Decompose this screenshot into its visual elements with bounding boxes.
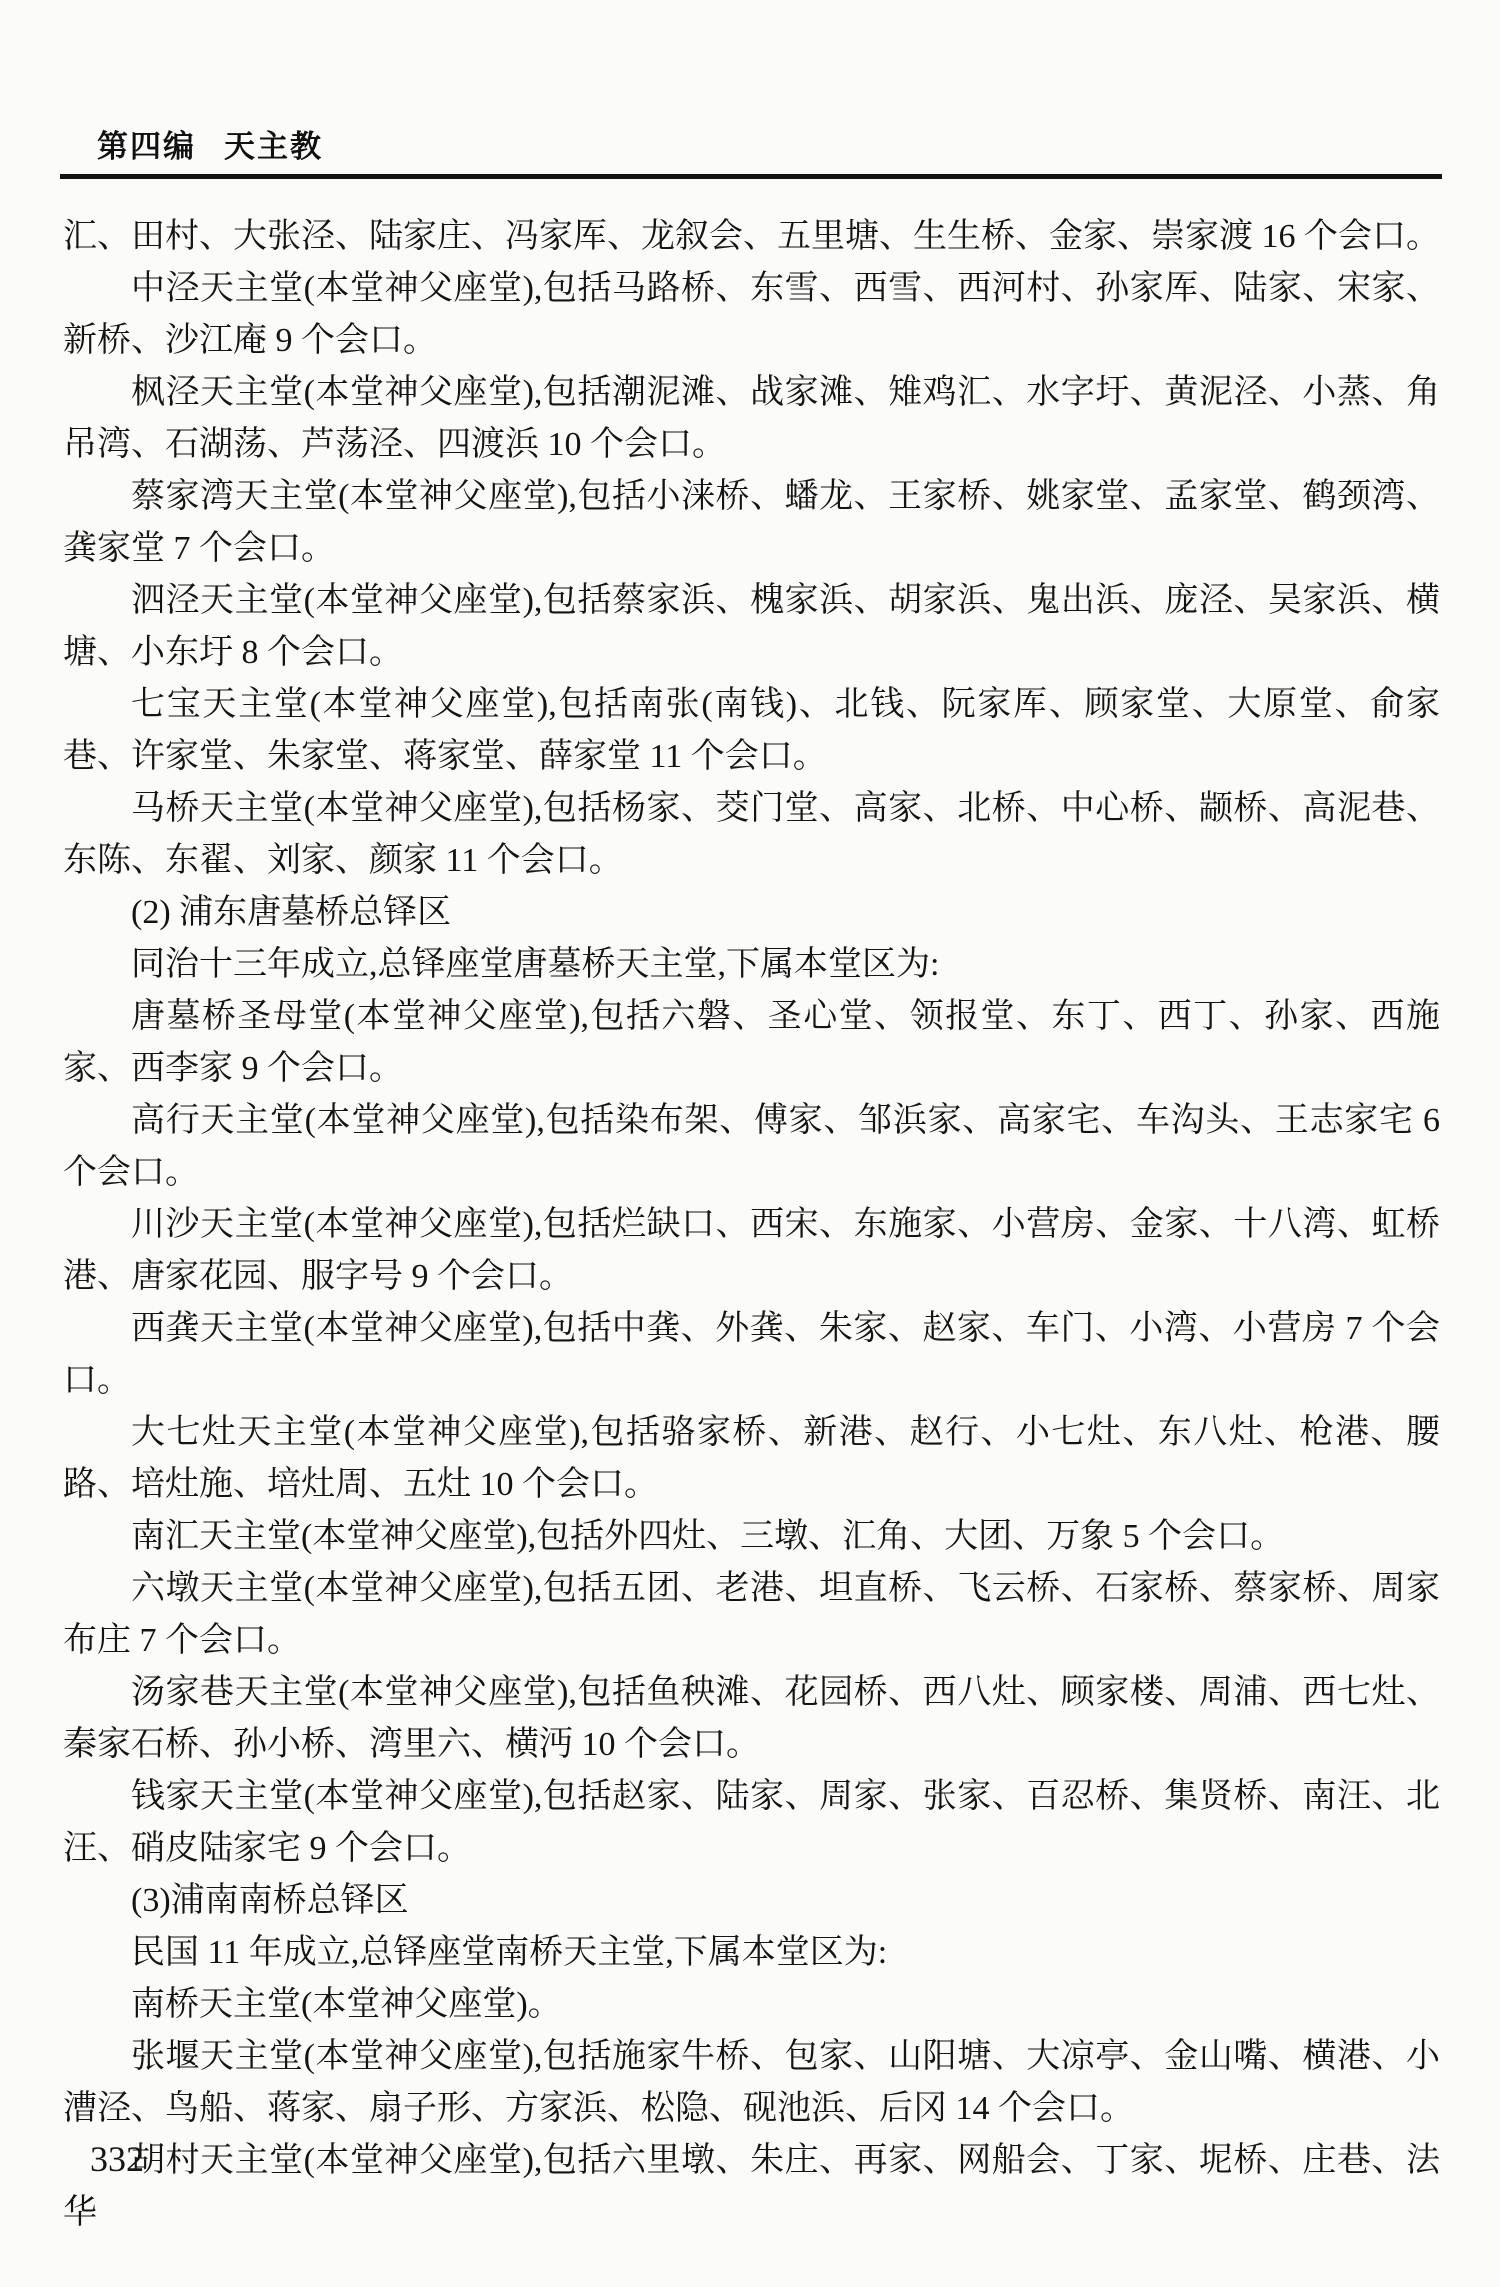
paragraph: 泗泾天主堂(本堂神父座堂),包括蔡家浜、槐家浜、胡家浜、鬼出浜、庞泾、吴家浜、横… — [63, 575, 1440, 679]
paragraph: 钱家天主堂(本堂神父座堂),包括赵家、陆家、周家、张家、百忍桥、集贤桥、南汪、北… — [63, 1771, 1440, 1875]
section-heading: (2) 浦东唐墓桥总铎区 — [63, 887, 1440, 939]
paragraph: 七宝天主堂(本堂神父座堂),包括南张(南钱)、北钱、阮家厍、顾家堂、大原堂、俞家… — [63, 679, 1440, 783]
page-body: 汇、田村、大张泾、陆家庄、冯家厍、龙叙会、五里塘、生生桥、金家、崇家渡 16 个… — [63, 211, 1440, 2239]
header-rule — [60, 174, 1442, 179]
paragraph: 汤家巷天主堂(本堂神父座堂),包括鱼秧滩、花园桥、西八灶、顾家楼、周浦、西七灶、… — [63, 1667, 1440, 1771]
header-section-number: 第四编 — [97, 129, 196, 164]
page-number: 332 — [90, 2138, 144, 2180]
paragraph: 枫泾天主堂(本堂神父座堂),包括潮泥滩、战家滩、雉鸡汇、水字圩、黄泥泾、小蒸、角… — [63, 367, 1440, 471]
paragraph: 民国 11 年成立,总铎座堂南桥天主堂,下属本堂区为: — [63, 1927, 1440, 1979]
paragraph: 马桥天主堂(本堂神父座堂),包括杨家、茭门堂、高家、北桥、中心桥、颛桥、高泥巷、… — [63, 783, 1440, 887]
section-heading: (3)浦南南桥总铎区 — [63, 1875, 1440, 1927]
paragraph: 西龚天主堂(本堂神父座堂),包括中龚、外龚、朱家、赵家、车门、小湾、小营房 7 … — [63, 1303, 1440, 1407]
book-page: 第四编天主教 汇、田村、大张泾、陆家庄、冯家厍、龙叙会、五里塘、生生桥、金家、崇… — [0, 0, 1500, 2287]
paragraph: 张堰天主堂(本堂神父座堂),包括施家牛桥、包家、山阳塘、大凉亭、金山嘴、横港、小… — [63, 2031, 1440, 2135]
paragraph: 汇、田村、大张泾、陆家庄、冯家厍、龙叙会、五里塘、生生桥、金家、崇家渡 16 个… — [63, 211, 1440, 263]
paragraph: 胡村天主堂(本堂神父座堂),包括六里墩、朱庄、再家、网船会、丁家、坭桥、庄巷、法… — [63, 2135, 1440, 2239]
paragraph: 中泾天主堂(本堂神父座堂),包括马路桥、东雪、西雪、西河村、孙家厍、陆家、宋家、… — [63, 263, 1440, 367]
paragraph: 蔡家湾天主堂(本堂神父座堂),包括小涞桥、蟠龙、王家桥、姚家堂、孟家堂、鹤颈湾、… — [63, 471, 1440, 575]
paragraph: 同治十三年成立,总铎座堂唐墓桥天主堂,下属本堂区为: — [63, 939, 1440, 991]
paragraph: 唐墓桥圣母堂(本堂神父座堂),包括六磐、圣心堂、领报堂、东丁、西丁、孙家、西施家… — [63, 991, 1440, 1095]
paragraph: 南汇天主堂(本堂神父座堂),包括外四灶、三墩、汇角、大团、万象 5 个会口。 — [63, 1511, 1440, 1563]
paragraph: 高行天主堂(本堂神父座堂),包括染布架、傅家、邹浜家、高家宅、车沟头、王志家宅 … — [63, 1095, 1440, 1199]
header-section-title: 天主教 — [224, 129, 323, 164]
running-header: 第四编天主教 — [97, 121, 323, 166]
paragraph: 南桥天主堂(本堂神父座堂)。 — [63, 1979, 1440, 2031]
paragraph: 大七灶天主堂(本堂神父座堂),包括骆家桥、新港、赵行、小七灶、东八灶、枪港、腰路… — [63, 1407, 1440, 1511]
paragraph: 六墩天主堂(本堂神父座堂),包括五团、老港、坦直桥、飞云桥、石家桥、蔡家桥、周家… — [63, 1563, 1440, 1667]
paragraph: 川沙天主堂(本堂神父座堂),包括烂缺口、西宋、东施家、小营房、金家、十八湾、虹桥… — [63, 1199, 1440, 1303]
